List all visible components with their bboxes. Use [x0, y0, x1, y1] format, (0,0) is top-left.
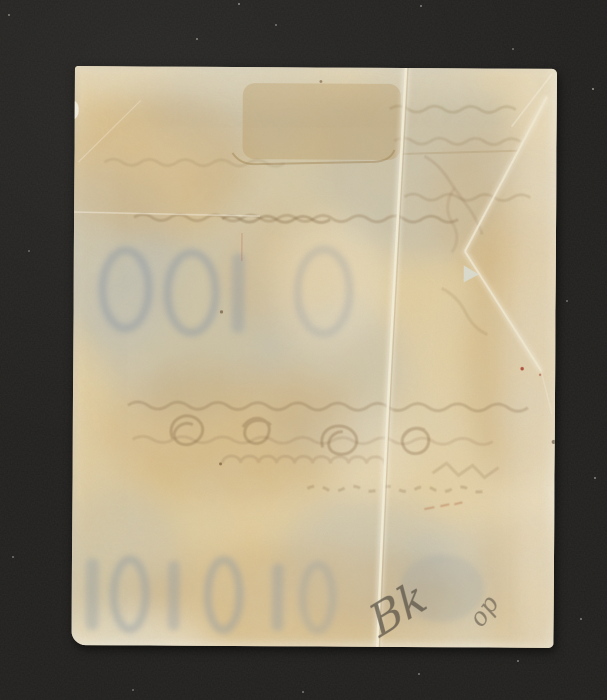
- photo-background: Bk op: [0, 0, 607, 700]
- dust-specks: [0, 0, 2, 2]
- paper-grain-texture: [71, 66, 557, 648]
- stamp-detail-overlay: Bk op: [71, 66, 557, 648]
- stamp-back: Bk op: [71, 66, 557, 648]
